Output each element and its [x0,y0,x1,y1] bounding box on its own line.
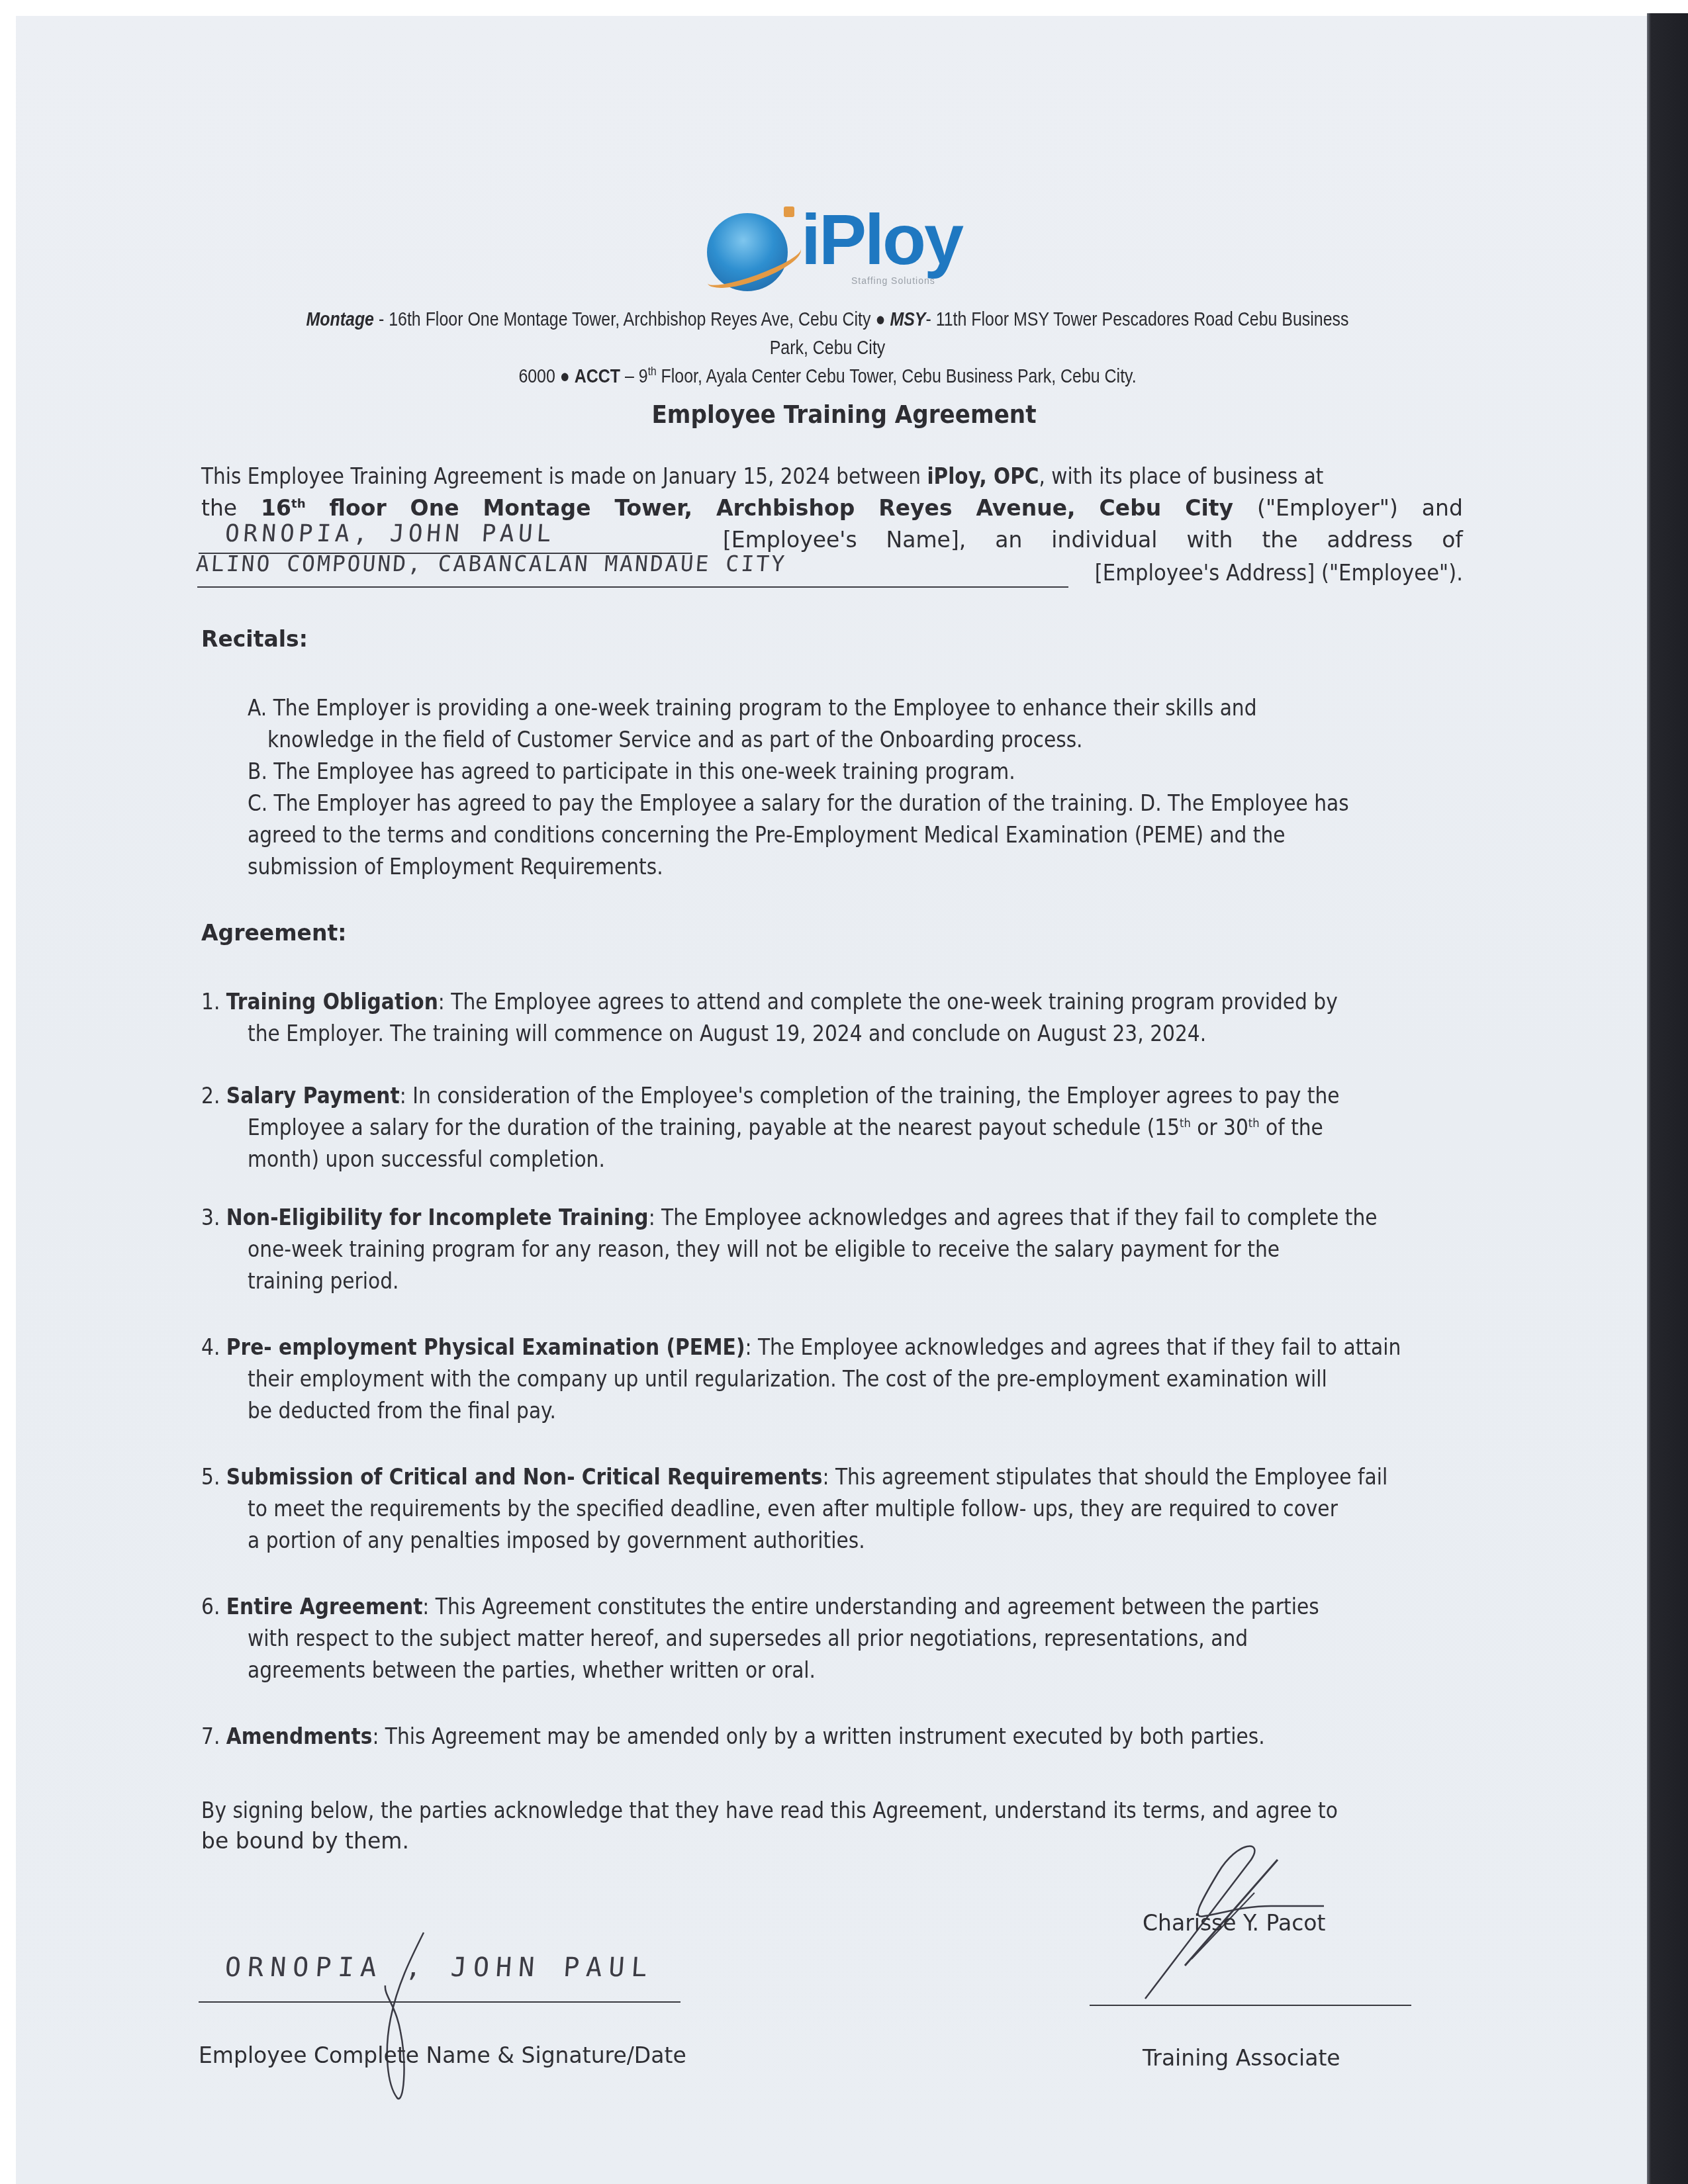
page-title: Employee Training Agreement [85,400,1604,429]
intro-word: 16th [261,495,306,521]
ordinal-suffix: th [648,365,657,378]
intro-word: Archbishop [716,495,855,521]
intro-line-4: [Employee's Address] ("Employee"). [1070,560,1463,592]
employee-signature-label: Employee Complete Name & Signature/Date [199,2042,686,2068]
clause-line: 7. Amendments: This Agreement may be ame… [201,1723,1463,1755]
associate-signature-line [1090,2005,1411,2006]
closing-text: By signing below, the parties acknowledg… [201,1797,1338,1823]
clause-number: 3. [201,1205,226,1230]
clause-text: : This Agreement may be amended only by … [372,1723,1264,1749]
address-line-2: 6000 ● ACCT – 9th Floor, Ayala Center Ce… [287,363,1368,391]
clause-text: : This agreement stipulates that should … [822,1464,1387,1490]
clause-line: be deducted from the final pay. [248,1398,1463,1430]
clause-line: training period. [248,1268,1463,1300]
clause-text: a portion of any penalties imposed by go… [248,1527,865,1553]
montage-address: - 16th Floor One Montage Tower, Archbish… [374,309,875,330]
recital-line: C. The Employer has agreed to pay the Em… [248,790,1463,822]
clause-title: Entire Agreement [226,1594,423,1619]
clause-text: : In consideration of the Employee's com… [400,1083,1340,1109]
clause-number: 5. [201,1464,226,1490]
intro-word: Tower, [614,495,692,521]
handwritten-employee-name: ORNOPIA, JOHN PAUL [224,520,556,547]
intro-word: One [410,495,459,521]
associate-printed-name: Charisse Y. Pacot [1143,1910,1325,1936]
clause-number: 1. [201,989,226,1015]
handwritten-employee-address: ALINO COMPOUND, CABANCALAN MANDAUE CITY [195,551,788,576]
logo-tagline: Staffing Solutions [851,275,935,286]
clause-text: : The Employee agrees to attend and comp… [438,989,1338,1015]
clause-line: Employee a salary for the duration of th… [248,1115,1463,1146]
intro-word: individual [1051,527,1157,553]
recital-line: agreed to the terms and conditions conce… [248,822,1463,854]
agreement-heading: Agreement: [201,920,346,946]
clause-text: their employment with the company up unt… [248,1366,1327,1392]
handwritten-signature-name: ORNOPIA , JOHN PAUL [224,1952,655,1983]
clause-line: 3. Non-Eligibility for Incomplete Traini… [201,1205,1463,1236]
clause-title: Pre- employment Physical Examination (PE… [226,1334,745,1360]
employee-address-underline [197,586,1068,588]
associate-signature-label: Training Associate [1143,2045,1340,2071]
clause-number: 7. [201,1723,226,1749]
recital-line: submission of Employment Requirements. [248,854,1463,886]
clause-text: with respect to the subject matter hereo… [248,1625,1248,1651]
logo-wordmark: iPloy [801,204,962,275]
intro-text-end: , with its place of business at [1039,463,1324,489]
clause-text: : The Employee acknowledges and agrees t… [649,1205,1378,1230]
clause-title: Salary Payment [226,1083,400,1109]
acct-address-rest: Floor, Ayala Center Cebu Tower, Cebu Bus… [657,366,1137,387]
clause-number: 2. [201,1083,226,1109]
montage-label: Montage [306,309,374,330]
employee-address-label: [Employee's Address] ("Employee"). [1095,560,1463,586]
clause-text: agreements between the parties, whether … [248,1657,816,1683]
acct-address: – 9 [620,366,648,387]
employee-address-field: ALINO COMPOUND, CABANCALAN MANDAUE CITY [196,551,786,576]
intro-word: [Employee's [723,527,857,553]
recital-line: A. The Employer is providing a one-week … [248,695,1463,727]
intro-word: Reyes [878,495,952,521]
clause-text: th [1248,1116,1260,1130]
closing-text-end: be bound by them. [201,1828,409,1854]
clause-text: or 30 [1191,1115,1248,1140]
intro-word: Montage [483,495,590,521]
clause-line: agreements between the parties, whether … [248,1657,1463,1689]
clause-text: one-week training program for any reason… [248,1236,1280,1262]
intro-word: with [1186,527,1233,553]
clause-text: : The Employee acknowledges and agrees t… [745,1334,1401,1360]
intro-word: an [995,527,1022,553]
intro-word: and [1422,495,1463,521]
recital-line: B. The Employee has agreed to participat… [248,758,1463,790]
intro-word: floor [330,495,387,521]
bullet-icon: ● [875,309,885,330]
clause-line: the Employer. The training will commence… [248,1021,1463,1052]
employee-signature-name: ORNOPIA , JOHN PAUL [225,1952,654,1983]
logo-dot-icon [784,206,794,217]
acct-label: ACCT [575,366,620,387]
clause-line: with respect to the subject matter hereo… [248,1625,1463,1657]
clause-text: be deducted from the final pay. [248,1398,556,1424]
zip-code: 6000 [518,366,559,387]
clause-text: to meet the requirements by the specifie… [248,1496,1338,1522]
clause-line: 1. Training Obligation: The Employee agr… [201,989,1463,1021]
clause-line: month) upon successful completion. [248,1146,1463,1178]
employer-name: iPloy, OPC [927,463,1039,489]
ordinal-suffix: th [291,497,306,511]
clause-line: to meet the requirements by the specifie… [248,1496,1463,1527]
clause-text: the Employer. The training will commence… [248,1021,1206,1046]
clause-text: Employee a salary for the duration of th… [248,1115,1180,1140]
intro-word: Name], [886,527,966,553]
address-line-1: Montage - 16th Floor One Montage Tower, … [287,306,1368,363]
intro-line-3: [Employee'sName],anindividualwiththeaddr… [723,527,1463,559]
clause-number: 4. [201,1334,226,1360]
office-addresses: Montage - 16th Floor One Montage Tower, … [287,306,1368,391]
intro-word: address [1327,527,1413,553]
clause-text: training period. [248,1268,399,1294]
intro-word: the [1262,527,1297,553]
company-logo: iPloy Staffing Solutions [707,199,965,291]
intro-word: City [1185,495,1233,521]
recitals-heading: Recitals: [201,626,308,652]
clause-title: Amendments [226,1723,373,1749]
clause-line: 6. Entire Agreement: This Agreement cons… [201,1594,1463,1625]
intro-line-1: This Employee Training Agreement is made… [201,463,1463,495]
intro-text: This Employee Training Agreement is made… [201,463,927,489]
clause-line: 5. Submission of Critical and Non- Criti… [201,1464,1463,1496]
clause-number: 6. [201,1594,226,1619]
intro-word: the [201,495,237,521]
intro-word: Cebu [1100,495,1162,521]
employee-name-field: ORNOPIA, JOHN PAUL [225,520,555,547]
recital-line: knowledge in the field of Customer Servi… [267,727,1463,758]
employee-signature-line [199,2001,680,2003]
clause-text: of the [1260,1115,1323,1140]
document: iPloy Staffing Solutions Montage - 16th … [0,0,1688,2184]
clause-line: 4. Pre- employment Physical Examination … [201,1334,1463,1366]
clause-line: 2. Salary Payment: In consideration of t… [201,1083,1463,1115]
clause-title: Non-Eligibility for Incomplete Training [226,1205,649,1230]
clause-line: a portion of any penalties imposed by go… [248,1527,1463,1559]
clause-title: Submission of Critical and Non- Critical… [226,1464,823,1490]
clause-text: : This Agreement constitutes the entire … [422,1594,1319,1619]
employee-signature-icon [371,1933,437,2105]
intro-word: Avenue, [976,495,1075,521]
bullet-icon: ● [560,366,570,387]
closing-line-1: By signing below, the parties acknowledg… [201,1797,1463,1829]
clause-line: one-week training program for any reason… [248,1236,1463,1268]
intro-word: of [1442,527,1463,553]
clause-title: Training Obligation [226,989,438,1015]
msy-label: MSY [890,309,925,330]
intro-word: ("Employer") [1257,495,1398,521]
clause-text: month) upon successful completion. [248,1146,605,1172]
clause-text: th [1180,1116,1191,1130]
clause-line: their employment with the company up unt… [248,1366,1463,1398]
